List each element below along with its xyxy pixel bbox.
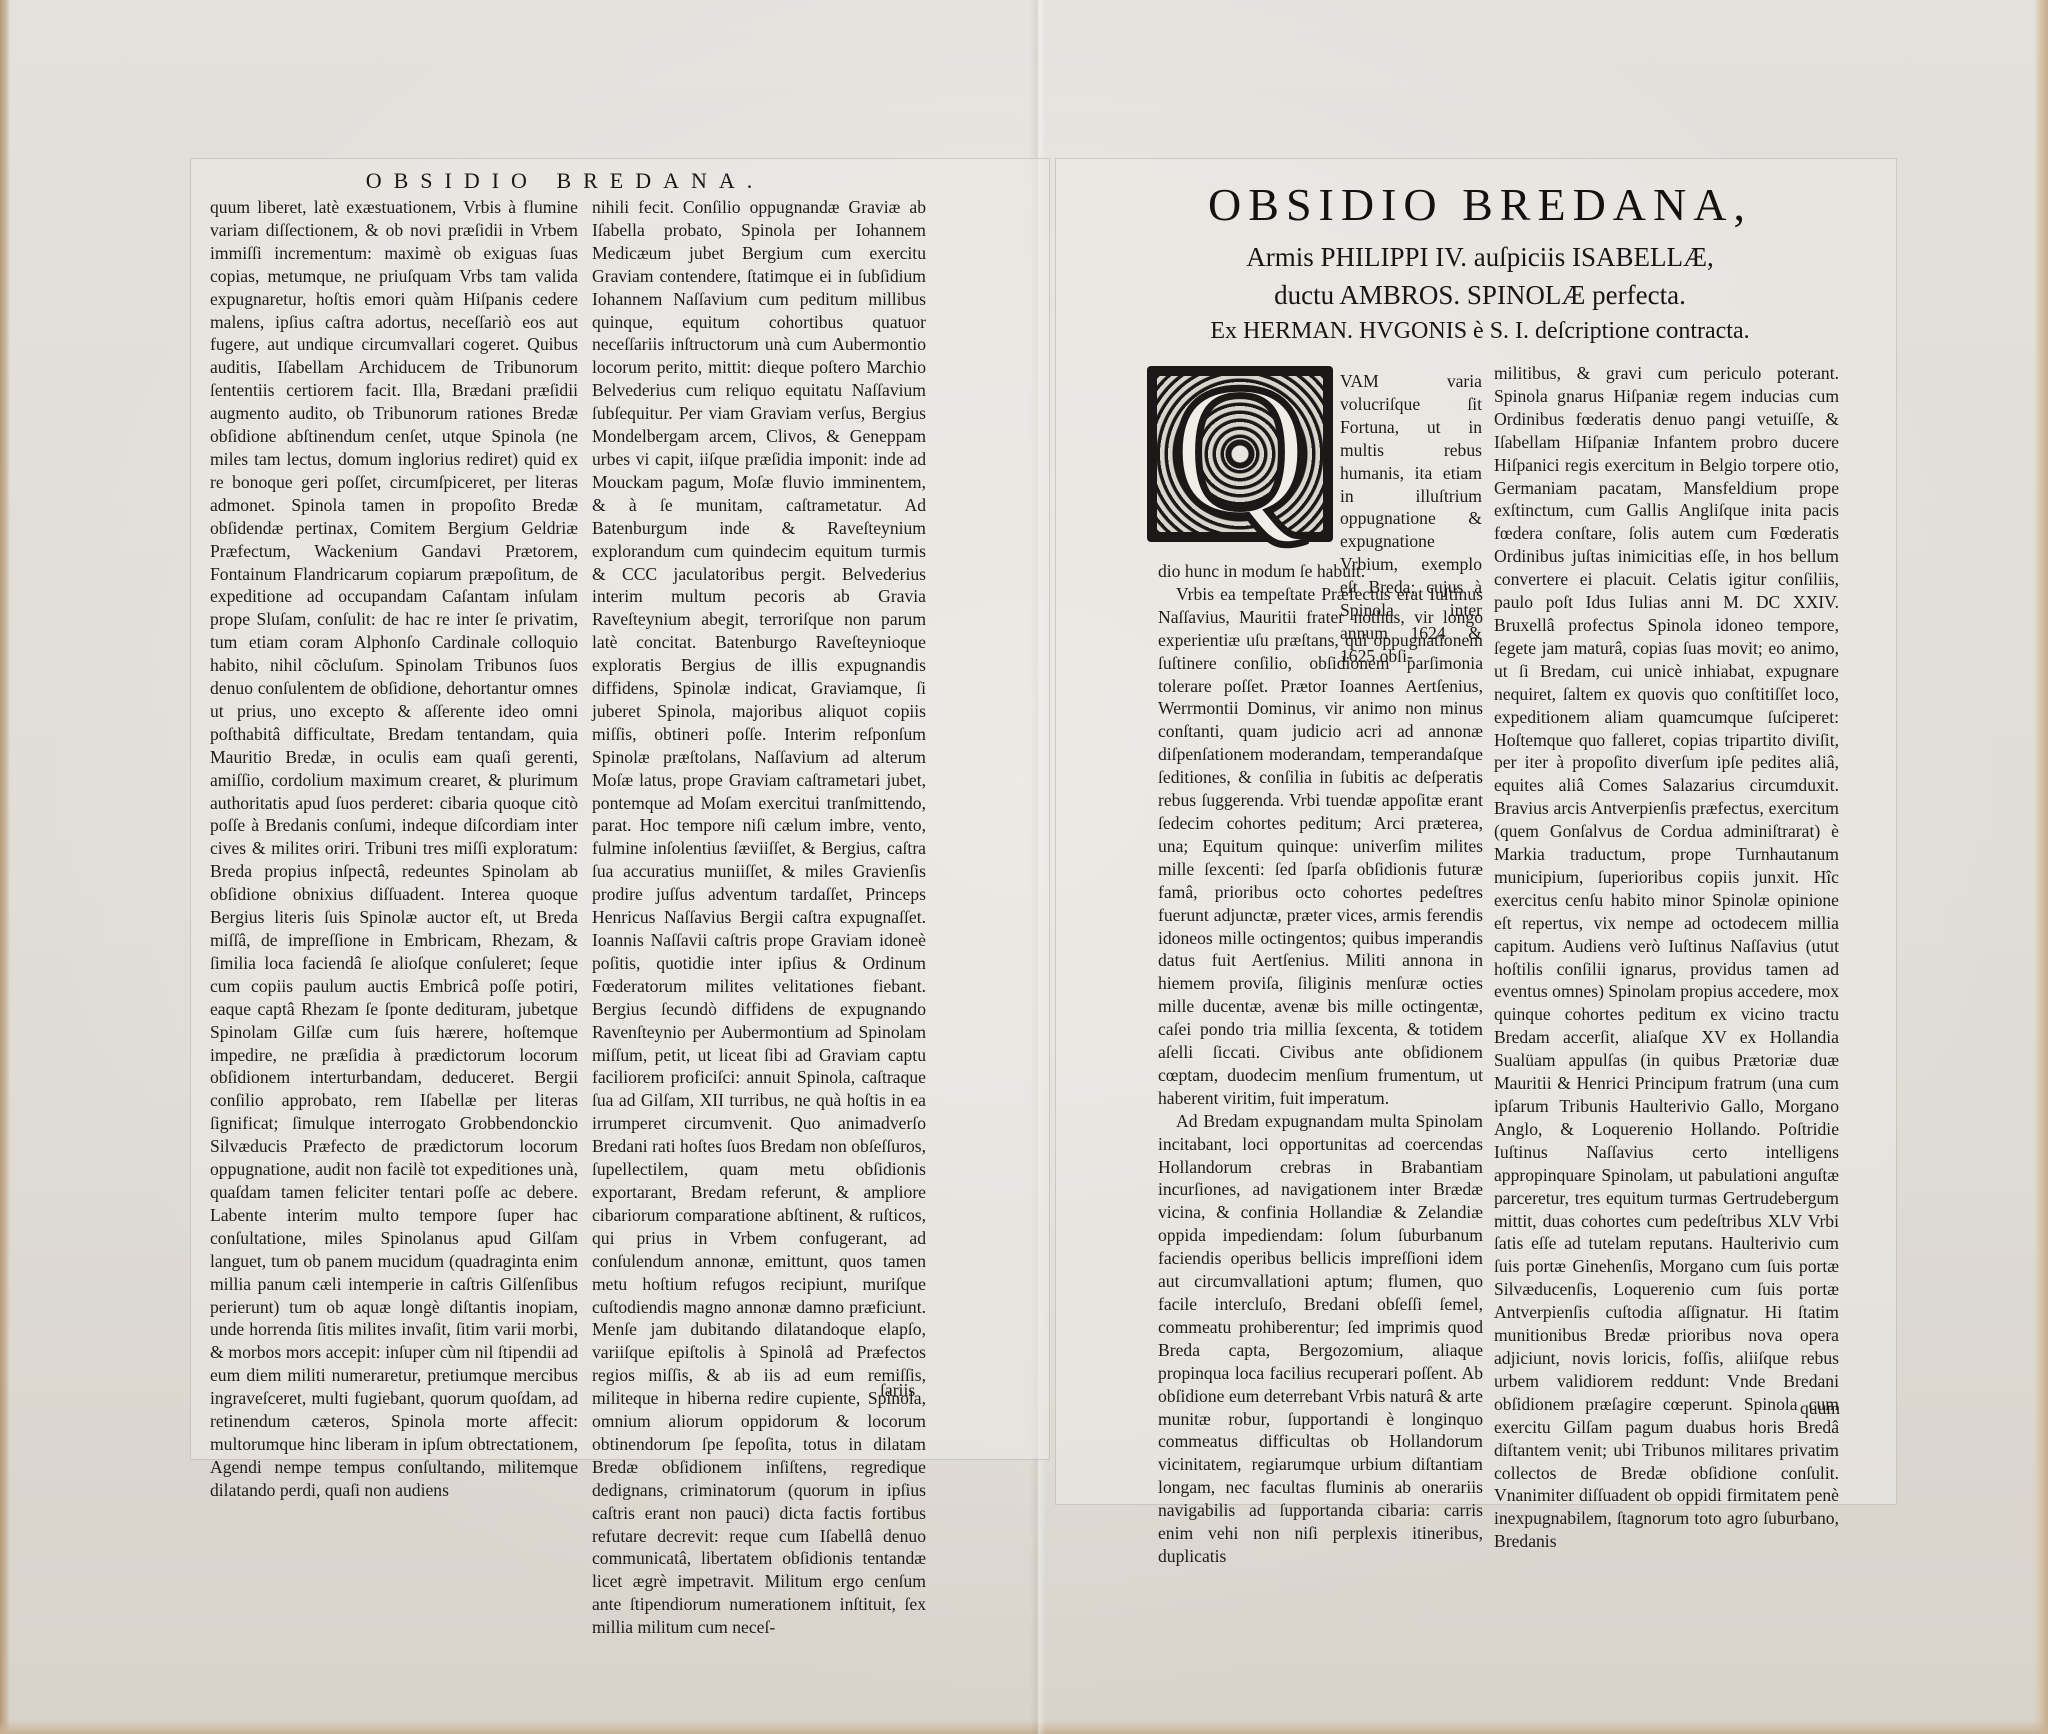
- subtitle-line-2: ductu AMBROS. SPINOLÆ perfecta.: [1130, 276, 1830, 314]
- paper-sheet: OBSIDIO BREDANA. quum liberet, latè exæs…: [0, 0, 2048, 1734]
- right-page-column-1: dio hunc in modum ſe habuit. Vrbis ea te…: [1158, 560, 1483, 1568]
- left-page-column-1: quum liberet, latè exæstuationem, Vrbis …: [210, 196, 578, 1502]
- paragraph: dio hunc in modum ſe habuit.: [1158, 560, 1483, 583]
- dropcap-letter: Q: [1147, 356, 1333, 546]
- paragraph: Ad Bredam expugnandam multa Spinolam inc…: [1158, 1110, 1483, 1568]
- ornamental-initial-q-icon: Q: [1147, 366, 1333, 542]
- paragraph: nihili fecit. Conſilio oppugnandæ Graviæ…: [592, 196, 926, 1639]
- page-title: OBSIDIO BREDANA,: [1130, 178, 1830, 231]
- bottom-edge-stain: [0, 1720, 2048, 1734]
- catchword-left: ſariis: [880, 1380, 915, 1401]
- catchword-right: quum: [1800, 1398, 1840, 1419]
- right-page-column-2: militibus, & gravi cum periculo poterant…: [1494, 362, 1839, 1553]
- right-edge-stain: [2034, 0, 2048, 1734]
- subtitle: Armis PHILIPPI IV. auſpiciis ISABELLÆ, d…: [1130, 238, 1830, 314]
- left-edge-stain: [0, 0, 10, 1734]
- paragraph: quum liberet, latè exæstuationem, Vrbis …: [210, 196, 578, 1502]
- left-page-column-2: nihili fecit. Conſilio oppugnandæ Graviæ…: [592, 196, 926, 1639]
- running-head: OBSIDIO BREDANA.: [200, 168, 930, 194]
- source-attribution: Ex HERMAN. HVGONIS è S. I. deſcriptione …: [1130, 318, 1830, 345]
- paragraph: Vrbis ea tempeſtate Præfectus erat Iuſti…: [1158, 583, 1483, 1110]
- paragraph: militibus, & gravi cum periculo poterant…: [1494, 362, 1839, 1553]
- subtitle-line-1: Armis PHILIPPI IV. auſpiciis ISABELLÆ,: [1130, 238, 1830, 276]
